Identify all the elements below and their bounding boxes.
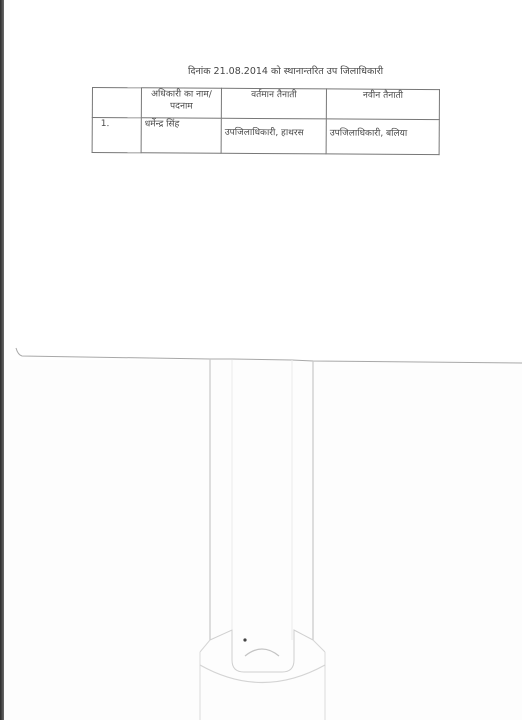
paper-holder-drawing — [0, 0, 522, 720]
